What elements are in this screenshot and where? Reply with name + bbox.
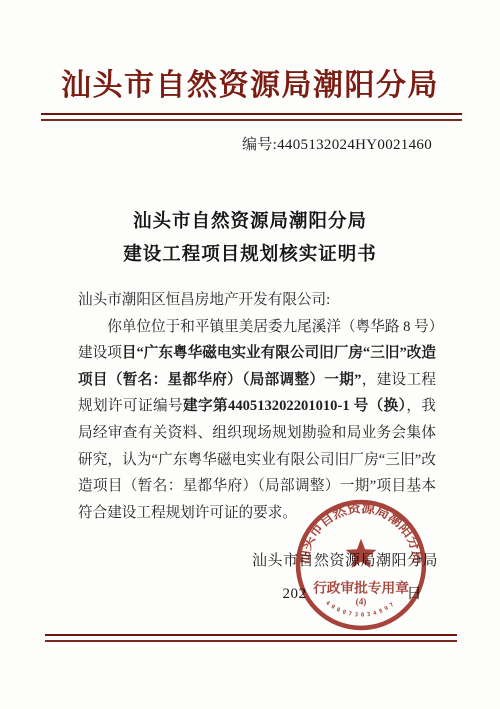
certificate-title: 汕头市自然资源局潮阳分局 建设工程项目规划核实证明书 (0, 206, 500, 272)
document-number: 编号:4405132024HY0021460 (242, 133, 432, 154)
letter-body: 汕头市潮阳区恒昌房地产开发有限公司: 你单位位于和平镇里美居委九尾溪洋（粤华路 … (78, 287, 436, 526)
divider-line-thick (45, 634, 457, 636)
divider-line-thin (45, 640, 457, 642)
certificate-title-line2: 建设工程项目规划核实证明书 (0, 239, 500, 272)
star-icon (346, 539, 377, 568)
footer-divider (45, 634, 457, 642)
main-paragraph: 你单位位于和平镇里美居委九尾溪洋（粤华路 8 号）建设项目“广东粤华磁电实业有限… (78, 314, 436, 527)
agency-masthead: 汕头市自然资源局潮阳分局 (0, 60, 500, 104)
document-number-label: 编号: (242, 137, 277, 153)
seal-ring (298, 502, 424, 628)
paragraph-run: 建字第440513202201010-1 号（换） (183, 398, 406, 414)
masthead-divider (41, 113, 462, 121)
seal-banner-text: 行政审批专用章 (313, 579, 409, 595)
seal-number-text: (4) (356, 597, 367, 607)
divider-line-thin (41, 119, 462, 121)
document-number-value: 4405132024HY0021460 (277, 137, 432, 153)
certificate-title-line1: 汕头市自然资源局潮阳分局 (0, 206, 500, 239)
certificate-document: 汕头市自然资源局潮阳分局 编号:4405132024HY0021460 汕头市自… (0, 0, 500, 709)
official-seal: 汕头市自然资源局潮阳分局 行政审批专用章 (4) 400073034897 (294, 498, 428, 632)
salutation: 汕头市潮阳区恒昌房地产开发有限公司: (78, 287, 436, 314)
divider-line-thick (41, 113, 462, 115)
